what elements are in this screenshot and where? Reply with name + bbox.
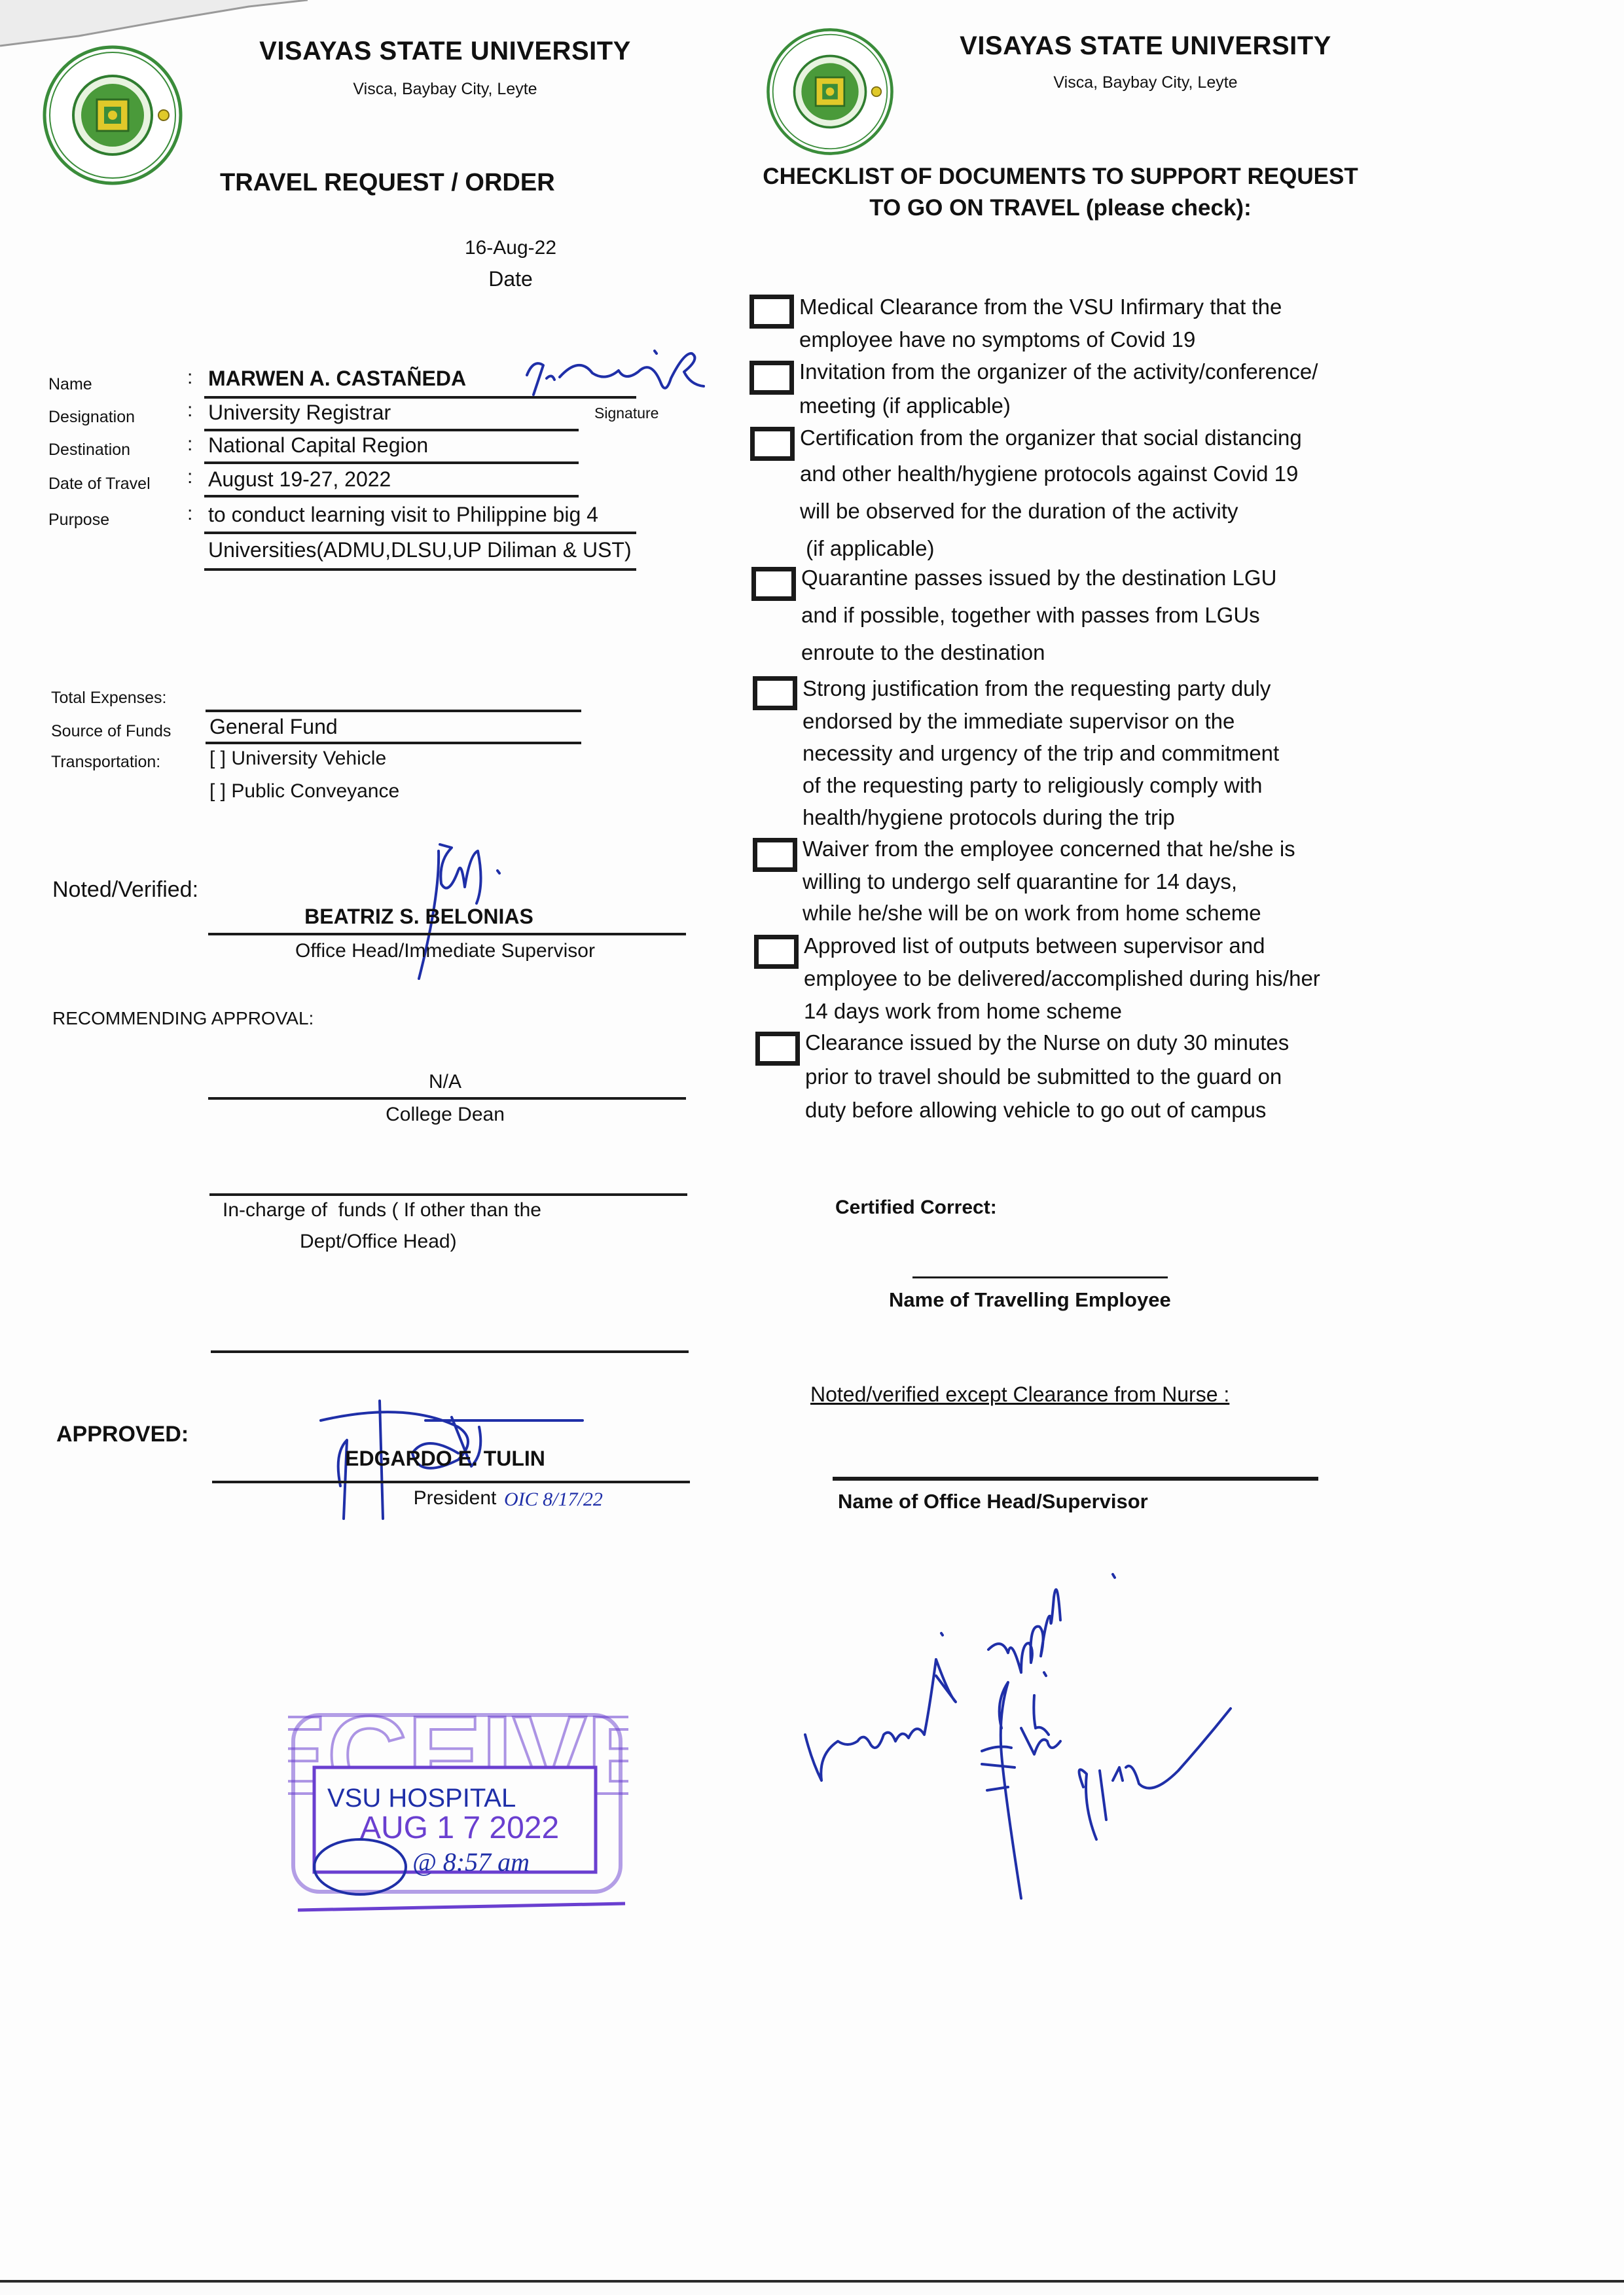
signature-label: Signature xyxy=(594,405,659,422)
source-of-funds-underline xyxy=(206,742,581,744)
item-line: (if applicable) xyxy=(800,532,934,565)
purpose-label: Purpose xyxy=(48,511,109,530)
checkbox[interactable] xyxy=(749,295,794,329)
item-line: while he/she will be on work from home s… xyxy=(803,897,1261,930)
date-of-travel-field[interactable]: August 19-27, 2022 xyxy=(208,467,391,492)
handwritten-recommending-approval-note xyxy=(785,1545,1257,1911)
checkbox[interactable] xyxy=(753,676,797,710)
source-of-funds-field[interactable]: General Fund xyxy=(209,715,338,739)
item-line: Quarantine passes issued by the destinat… xyxy=(801,562,1276,594)
certified-correct-label: Certified Correct: xyxy=(835,1197,997,1219)
checklist-title-line-2: TO GO ON TRAVEL (please check): xyxy=(733,195,1388,221)
item-line: Waiver from the employee concerned that … xyxy=(803,833,1295,865)
form-title: TRAVEL REQUEST / ORDER xyxy=(220,169,555,197)
colon: : xyxy=(187,367,192,389)
noted-verified-label: Noted/Verified: xyxy=(52,877,198,903)
transport-option-public-conveyance[interactable]: [ ] Public Conveyance xyxy=(209,780,399,803)
item-line: Strong justification from the requesting… xyxy=(803,672,1271,705)
transport-option-university-vehicle[interactable]: [ ] University Vehicle xyxy=(209,748,386,770)
checkbox-bracket[interactable]: [ ] xyxy=(209,748,226,769)
president-name: EDGARDO E. TULIN xyxy=(262,1447,628,1471)
checkbox[interactable] xyxy=(753,838,797,872)
item-line: health/hygiene protocols during the trip xyxy=(803,801,1175,834)
item-line: Clearance issued by the Nurse on duty 30… xyxy=(805,1026,1289,1059)
request-date: 16-Aug-22 xyxy=(445,237,576,259)
checkbox[interactable] xyxy=(754,935,799,969)
university-name-right: VISAYAS STATE UNIVERSITY xyxy=(916,31,1375,61)
travelling-employee-label: Name of Travelling Employee xyxy=(889,1288,1171,1312)
item-line: and if possible, together with passes fr… xyxy=(801,599,1260,632)
item-line: willing to undergo self quarantine for 1… xyxy=(803,865,1237,898)
item-line: meeting (if applicable) xyxy=(799,389,1011,422)
item-line: employee have no symptoms of Covid 19 xyxy=(799,323,1195,356)
date-of-travel-underline xyxy=(204,495,579,497)
total-expenses-label: Total Expenses: xyxy=(51,689,167,708)
checkbox-bracket[interactable]: [ ] xyxy=(209,780,226,802)
funds-signature-line xyxy=(209,1193,687,1196)
president-title: President xyxy=(347,1487,563,1509)
funds-title-line-1: In-charge of funds ( If other than the xyxy=(223,1199,541,1221)
designation-underline xyxy=(204,429,579,431)
dean-title: College Dean xyxy=(314,1104,576,1126)
approved-label: APPROVED: xyxy=(56,1422,189,1447)
colon: : xyxy=(187,503,192,525)
option-label: Public Conveyance xyxy=(231,780,399,802)
item-line: and other health/hygiene protocols again… xyxy=(800,458,1298,490)
funds-title-line-2: Dept/Office Head) xyxy=(300,1231,457,1253)
date-label: Date xyxy=(445,267,576,291)
colon: : xyxy=(187,466,192,488)
colon: : xyxy=(187,433,192,456)
item-line: Certification from the organizer that so… xyxy=(800,422,1302,454)
checkbox[interactable] xyxy=(751,567,796,601)
checkbox[interactable] xyxy=(755,1032,800,1066)
item-line: Invitation from the organizer of the act… xyxy=(799,355,1318,388)
dean-signature-line xyxy=(208,1097,686,1100)
destination-label: Destination xyxy=(48,441,130,460)
item-line: 14 days work from home scheme xyxy=(804,995,1122,1028)
option-label: University Vehicle xyxy=(231,748,386,769)
item-line: duty before allowing vehicle to go out o… xyxy=(805,1094,1266,1127)
university-seal-right xyxy=(765,26,895,157)
item-line: enroute to the destination xyxy=(801,636,1045,669)
checkbox[interactable] xyxy=(750,427,795,461)
checkbox[interactable] xyxy=(749,361,794,395)
extra-signature-line xyxy=(211,1350,689,1353)
destination-field[interactable]: National Capital Region xyxy=(208,433,428,458)
stamp-office: VSU HOSPITAL xyxy=(327,1784,516,1813)
stamp-time: @ 8:57 am xyxy=(412,1847,530,1877)
destination-underline xyxy=(204,461,579,464)
item-line: will be observed for the duration of the… xyxy=(800,495,1238,528)
transportation-label: Transportation: xyxy=(51,753,160,772)
designation-label: Designation xyxy=(48,408,135,427)
name-label: Name xyxy=(48,375,92,394)
purpose-underline-2 xyxy=(204,568,636,571)
colon: : xyxy=(187,399,192,422)
university-address: Visca, Baybay City, Leyte xyxy=(216,80,674,99)
total-expenses-underline xyxy=(206,710,581,712)
item-line: Medical Clearance from the VSU Infirmary… xyxy=(799,291,1282,323)
supervisor-underline xyxy=(208,933,686,935)
received-stamp-icon: RECEIVED VSU HOSPITAL AUG 1 7 2022 @ 8:5… xyxy=(288,1695,628,1918)
seal-icon xyxy=(41,43,185,187)
purpose-line-1[interactable]: to conduct learning visit to Philippine … xyxy=(208,503,598,527)
purpose-underline-1 xyxy=(204,532,636,534)
supervisor-name: BEATRIZ S. BELONIAS xyxy=(209,905,628,929)
item-line: employee to be delivered/accomplished du… xyxy=(804,962,1320,995)
employee-signature xyxy=(520,346,717,405)
item-line: necessity and urgency of the trip and co… xyxy=(803,737,1279,770)
seal-icon xyxy=(765,26,895,157)
scan-margin xyxy=(0,2283,1624,2295)
office-head-label: Name of Office Head/Supervisor xyxy=(838,1490,1148,1513)
item-line: of the requesting party to religiously c… xyxy=(803,769,1263,802)
university-address-right: Visca, Baybay City, Leyte xyxy=(916,73,1375,92)
designation-field[interactable]: University Registrar xyxy=(208,401,391,425)
travelling-employee-signature-line xyxy=(912,1276,1168,1278)
university-name: VISAYAS STATE UNIVERSITY xyxy=(216,37,674,66)
checklist-title-line-1: CHECKLIST OF DOCUMENTS TO SUPPORT REQUES… xyxy=(733,164,1388,190)
dean-value: N/A xyxy=(380,1071,511,1093)
recommending-approval-label: RECOMMENDING APPROVAL: xyxy=(52,1008,314,1029)
item-line: prior to travel should be submitted to t… xyxy=(805,1060,1282,1093)
office-head-signature-line xyxy=(833,1477,1318,1481)
university-seal-left xyxy=(41,43,185,187)
noted-except-nurse-label: Noted/verified except Clearance from Nur… xyxy=(810,1382,1229,1407)
name-field[interactable]: MARWEN A. CASTAÑEDA xyxy=(208,367,466,391)
item-line: endorsed by the immediate supervisor on … xyxy=(803,705,1235,738)
source-of-funds-label: Source of Funds xyxy=(51,722,171,741)
president-underline xyxy=(212,1481,690,1483)
item-line: Approved list of outputs between supervi… xyxy=(804,930,1265,962)
received-stamp: RECEIVED VSU HOSPITAL AUG 1 7 2022 @ 8:5… xyxy=(288,1695,628,1918)
purpose-line-2[interactable]: Universities(ADMU,DLSU,UP Diliman & UST) xyxy=(208,538,632,562)
stamp-date: AUG 1 7 2022 xyxy=(360,1811,559,1845)
supervisor-title: Office Head/Immediate Supervisor xyxy=(249,940,641,962)
date-of-travel-label: Date of Travel xyxy=(48,475,151,494)
